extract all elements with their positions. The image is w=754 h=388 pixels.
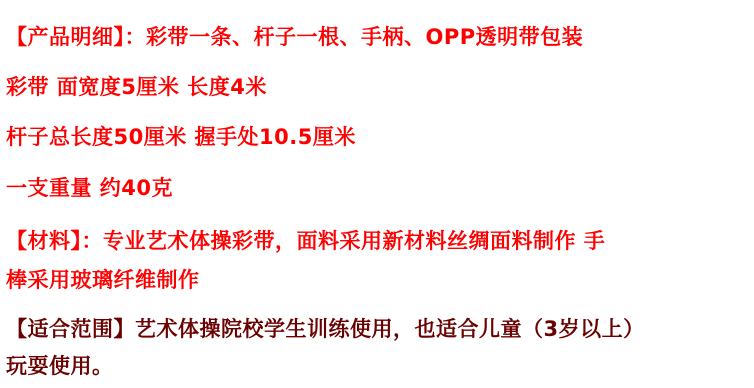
product-details-heading: 【产品明细】：彩带一条、杆子一根、手柄、OPP透明带包装: [6, 24, 583, 50]
stick-length-text: 杆子总长度50厘米 握手处10.5厘米: [6, 124, 356, 150]
materials-text-line1: 【材料】：专业艺术体操彩带，面料采用新材料丝绸面料制作 手: [6, 228, 605, 254]
materials-text-line2: 棒采用玻璃纤维制作: [6, 267, 200, 293]
weight-text: 一支重量 约40克: [6, 175, 173, 201]
suitable-range-text-line2: 玩耍使用。: [6, 353, 114, 379]
ribbon-size-text: 彩带 面宽度5厘米 长度4米: [6, 74, 267, 100]
suitable-range-text-line1: 【适合范围】艺术体操院校学生训练使用，也适合儿童（3岁以上）: [6, 316, 645, 342]
